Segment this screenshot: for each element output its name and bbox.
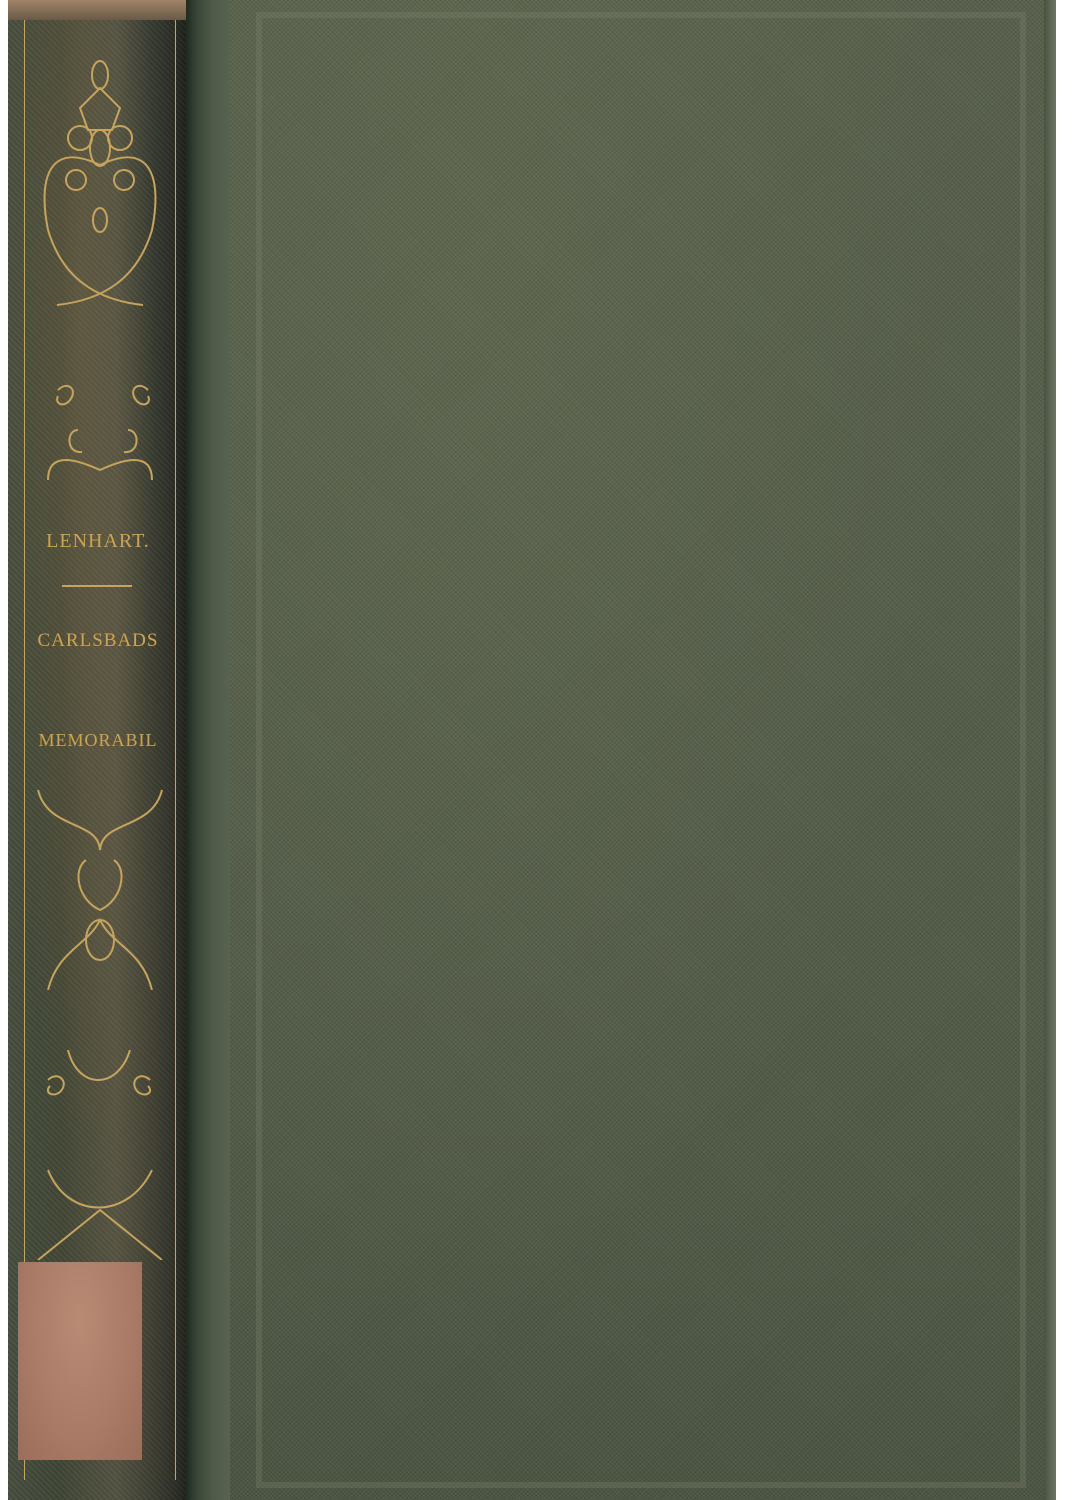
spine-author: LENHART. (8, 530, 188, 553)
top-scroll-ornament-icon (8, 30, 188, 310)
book-hinge (186, 0, 234, 1500)
spine-title-line-2: MEMORABIL (8, 730, 188, 751)
spine-headcap (8, 0, 188, 20)
book: LENHART. CARLSBADS MEMORABIL (0, 0, 1084, 1500)
spine-divider (62, 585, 132, 587)
fleuron-pair-lower-icon (8, 1050, 188, 1260)
spine-paper-label (18, 1262, 142, 1460)
fleuron-pair-upper-icon (8, 370, 188, 480)
spine-title-line-1: CARLSBADS (8, 630, 188, 652)
board-fore-edge (1044, 0, 1056, 1500)
central-scroll-ornament-icon (8, 770, 188, 990)
blind-stamped-border (256, 12, 1026, 1488)
